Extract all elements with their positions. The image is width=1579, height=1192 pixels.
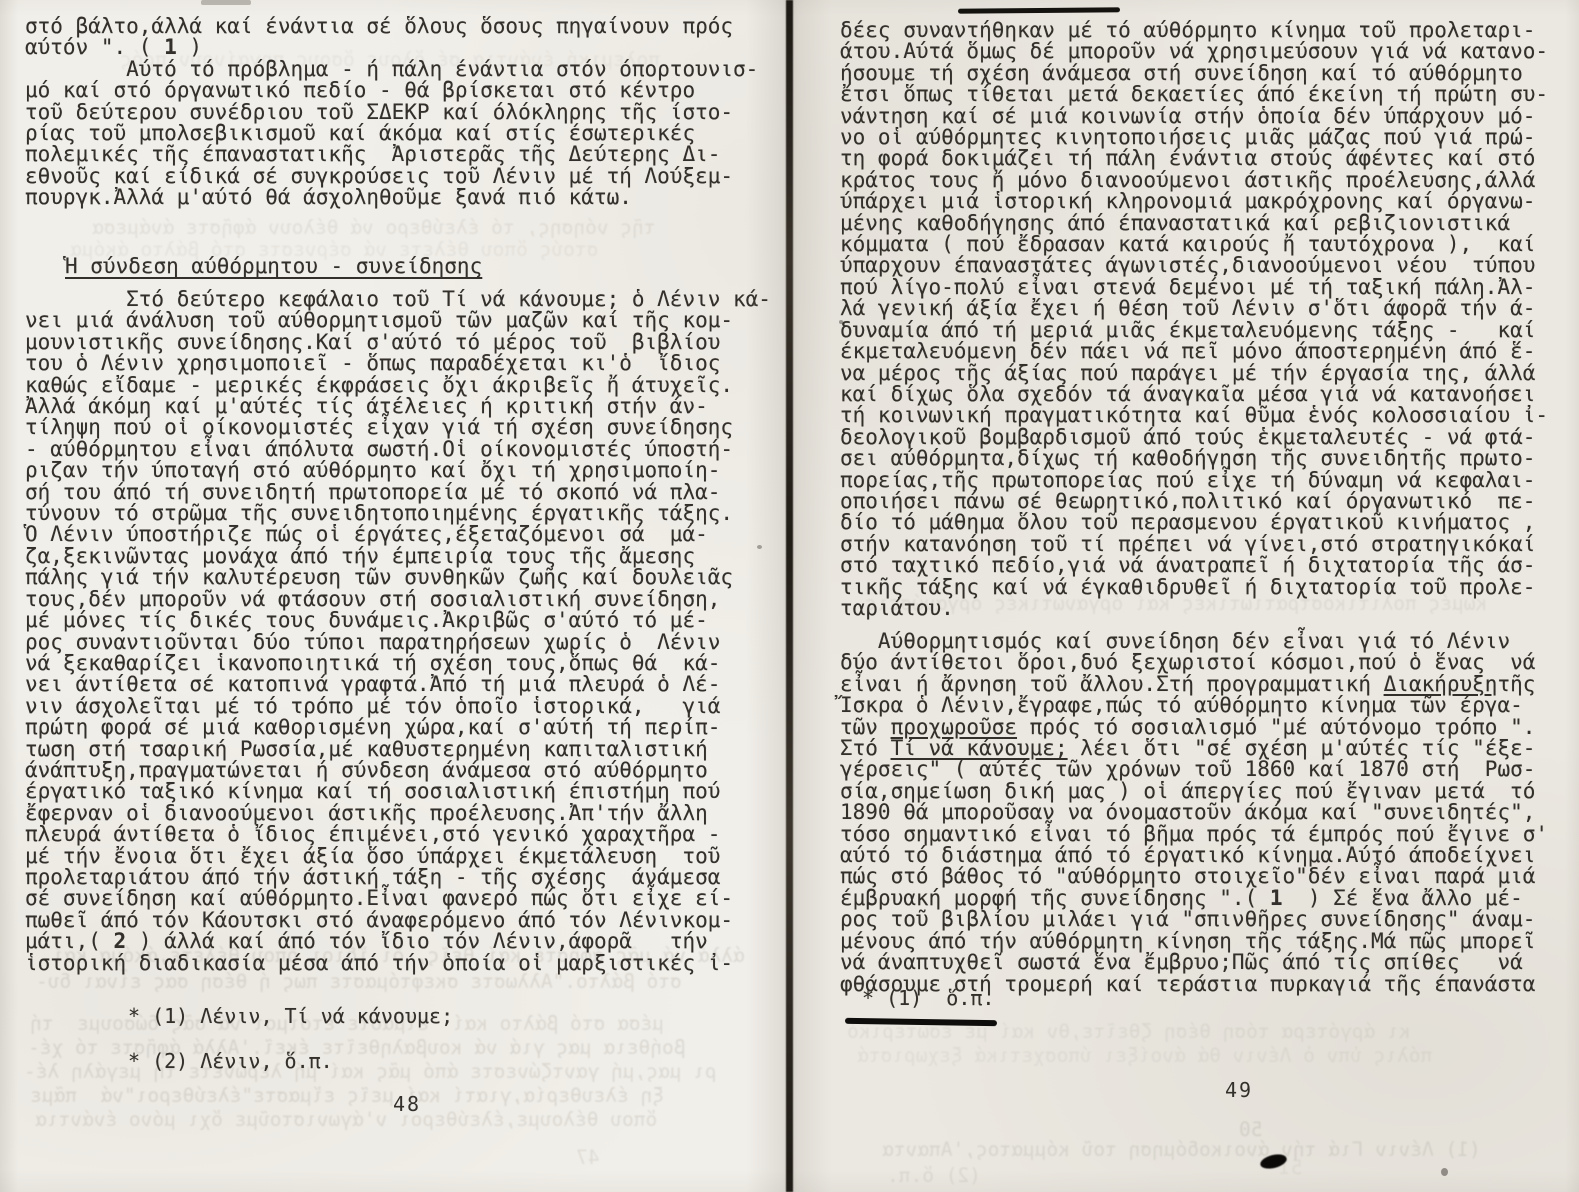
text-line: γέρσεις" ( αύτές τῶν χρόνων τοῦ 1860 καί… <box>840 759 1548 780</box>
bleedthrough-line: στό βάλτο."Αλλωστε σκεφτόμαστε πως ή θέσ… <box>36 972 682 992</box>
left-page-number: 48 <box>393 1092 421 1116</box>
text-line: Στό δεύτερο κεφάλαιο τοῦ Τί νά κάνουμε; … <box>25 289 771 310</box>
text-line: ρίας τοῦ μπολσεβικισμοῦ καί άκόμα καί στ… <box>25 123 758 144</box>
text-line: τῶν προχωροῦσε πρός τό σοσιαλισμό "μέ αύ… <box>840 717 1548 738</box>
text-line: λά γενική άξία ἔχει ή θέση τοῦ Λένιν σ'ὅ… <box>840 298 1548 319</box>
text-line: άτου.Αύτά ὅμως δέ μποροῦν νά χρησιμεύσου… <box>840 41 1548 62</box>
bleedthrough-line: 47 <box>576 1148 599 1168</box>
bleedthrough-line: πόλις ὑπν ὁ Λένιν θά άνοίξει ύποσχετικά … <box>857 1046 1432 1066</box>
right-page-number: 49 <box>1225 1078 1253 1102</box>
text-line: άνάπτυξη,πραγματώνεται ή σύνδεση άνάμεσα… <box>25 760 771 781</box>
text-line: να μέρος τῆς άξίας πού παράγει μέ τήν έρ… <box>840 363 1548 384</box>
text-line: έργατικό ταξικό κίνημα καί τή σοσιαλιστι… <box>25 781 771 802</box>
bleedthrough-line: 50 <box>1239 1120 1262 1140</box>
right-page: κωμές πολιτικοστρατιωτικές καί όργανωτικ… <box>787 0 1579 1192</box>
text-line: ρος συναντιοῦνται δύο τύποι παρατηρήσεων… <box>25 632 771 653</box>
text-line: έκμεταλευόμενη δέν πάει νά πεῖ μόνο άποσ… <box>840 341 1548 362</box>
text-line: ἔφερναν οἱ διανοούμενοι άστικῆς προέλευσ… <box>25 803 771 824</box>
text-line: νιν άσχολεῖται μέ τό τρόπο μέ τόν ὁποῖο … <box>25 696 771 717</box>
bleedthrough-line: ξη έλευθερία,γιατί καί μεῖς εἴμαστε"έλεύ… <box>30 1086 664 1106</box>
text-line: σει αύθόρμητα,δίχως τή καθοδήγηση τῆς συ… <box>840 448 1548 469</box>
text-line: πού λίγο-πολύ εἶναι στενά δεμένοι μέ τή … <box>840 277 1548 298</box>
text-line: τη φορά δοκιμάζει τή πάλη ένάντια στούς … <box>840 148 1548 169</box>
text-line: πάλης γιά τήν καλυτέρευση τῶν συνθηκῶν ζ… <box>25 567 771 588</box>
text-line: εἶναι ή ἄρνηση τοῦ ἄλλου.Στή προγραμματι… <box>840 674 1548 695</box>
text-line: του ὁ Λένιν χρησιμοποιεῖ - ὅπως παραδέχε… <box>25 353 771 374</box>
right-footnote-1: * (1) ὅ.π. <box>862 986 994 1010</box>
text-line: δυναμία άπό τή μεριά μιᾶς έκμεταλευόμενη… <box>840 320 1548 341</box>
text-line: στό ταχτικό πεδίο,γιά νά άνατραπεῖ ή διχ… <box>840 555 1548 576</box>
text-line: ἱστορική διαδικασία μέσα άπό τήν ὁποία ο… <box>25 953 771 974</box>
text-line: δεολογικοῦ βομβαρδισμοῦ άπό τούς ἑκμεταλ… <box>840 427 1548 448</box>
text-line: Ἴσκρα ὁ Λένιν,ἔγραφε,πώς τό αύθόρμητο κί… <box>840 695 1548 716</box>
text-line: μένους άπό τήν αύθόρμητη κίνηση τῆς τάξη… <box>840 931 1548 952</box>
text-line: σέ συνείδηση καί αύθόρμητο.Εἶναι φανερό … <box>25 888 771 909</box>
text-line: μό καί στό όργανωτικό πεδίο - θά βρίσκετ… <box>25 80 758 101</box>
left-page: πολεμική ένάντια σέ ὅλους ὅσους πηγαίνου… <box>0 0 787 1192</box>
bleedthrough-line: βοήθεια μας γιά νά κουβαληθεῖτε έκεῖ.'Αλ… <box>28 1038 685 1058</box>
text-line: σή του άπό τή συνειδητή πρωτοπορεία μέ τ… <box>25 482 771 503</box>
text-line: εθνοῦς καί είδικά σέ συγκρούσεις τοῦ Λέν… <box>25 166 758 187</box>
text-line: ήσουμε τή σχέση άνάμεσα στή συνείδηση κα… <box>840 63 1548 84</box>
text-line: τόσο σημαντικό εἶναι τό βῆμα πρός τά έμπ… <box>840 824 1548 845</box>
bleedthrough-line: (1) Λένιν Γιά τήν άνοικοδόμηση τοῦ κόμμα… <box>882 1140 1481 1160</box>
bleedthrough-line: τῆς νόησης, τό έλεύθερο νά θέλουν άφῆστε… <box>92 218 656 238</box>
text-line: Ὁ Λένιν ύποστήριζε πώς οἱ έργάτες,έξεταζ… <box>25 524 771 545</box>
ink-speck <box>839 320 843 324</box>
text-line: τή κοινωνική πραγματικότητα καί θῦμα ἑνό… <box>840 405 1548 426</box>
bleedthrough-line: ὅπου θέλουμε,έλεύθεροι ν'άγωνιστοῦμε ὄχι… <box>35 1110 657 1130</box>
text-line: ύπαρχουν έπαναστάτες άγωνιστές,διανοούμε… <box>840 255 1548 276</box>
scan-edge-mark <box>201 0 251 5</box>
ink-speck <box>757 545 762 549</box>
text-line: ρος τοῦ βιβλίου μιλάει γιά "σπινθῆρες συ… <box>840 909 1548 930</box>
text-line: Αύτό τό πρόβλημα - ή πάλη ένάντια στόν ό… <box>25 59 758 80</box>
left-paragraph-2: Στό δεύτερο κεφάλαιο τοῦ Τί νά κάνουμε; … <box>25 289 771 974</box>
text-line: νει μιά άνάλυση τοῦ αύθορμητισμοῦ τῶν μα… <box>25 310 771 331</box>
text-line: δύο άντίθετοι ὅροι,δυό ξεχωριστοί κόσμοι… <box>840 652 1548 673</box>
text-line: δέες συναντήθηκαν μέ τό αύθόρμητο κίνημα… <box>840 20 1548 41</box>
right-paragraph-1: δέες συναντήθηκαν μέ τό αύθόρμητο κίνημα… <box>840 20 1548 619</box>
text-line: τους,δέν μποροῦν νά φτάσουν στή σοσιαλισ… <box>25 589 771 610</box>
text-line: Αύθορμητισμός καί συνείδηση δέν εἶναι γι… <box>840 631 1548 652</box>
right-paragraph-2: Αύθορμητισμός καί συνείδηση δέν εἶναι γι… <box>840 631 1548 995</box>
text-line: νο οἱ αύθόρμητες κινητοποιήσεις μιᾶς μάζ… <box>840 127 1548 148</box>
text-line: μάτι,( 2 ) άλλά καί άπό τόν ἴδιο τόν Λέν… <box>25 931 771 952</box>
bleedthrough-line: (2) ὅ.π. <box>887 1166 981 1186</box>
book-scan: πολεμική ένάντια σέ ὅλους ὅσους πηγαίνου… <box>0 0 1579 1192</box>
text-line: τοῦ δεύτερου συνέδριου τοῦ ΣΔΕΚΡ καί όλό… <box>25 102 758 123</box>
text-line: τικῆς τάξης καί νά έγκαθιδρυθεῖ ή διχτατ… <box>840 577 1548 598</box>
text-line: οποιήσει πάνω σέ θεωρητικό,πολιτικό καί … <box>840 491 1548 512</box>
text-line: νάντηση καί σέ μιά κοινωνία στήν ὁποία δ… <box>840 106 1548 127</box>
left-footnote-1: * (1) Λένιν, Τί νά κάνουμε; <box>128 1004 453 1028</box>
text-line: πώς στό βάθος τό "αύθόρμητο στοιχεῖο"δέν… <box>840 866 1548 887</box>
text-line: νει άντίθετα σέ κατοπινά γραφτά.Ἀπό τή μ… <box>25 674 771 695</box>
left-paragraph-1: στό βάλτο,άλλά καί ένάντια σέ ὅλους ὅσου… <box>25 16 758 209</box>
section-heading: Ἡ σύνδεση αύθόρμητου - συνείδησης <box>65 254 482 278</box>
text-line: ριζαν τήν ύποταγή στό αύθόρμητο καί ὄχι … <box>25 460 771 481</box>
text-line: αύτόν ". ( 1 ) <box>25 37 758 58</box>
ink-speck <box>1441 1168 1448 1176</box>
text-line: καί δίχως ὅλα σχεδόν τά άναγκαῖα μέσα γι… <box>840 384 1548 405</box>
text-line: πωθεῖ άπό τόν Κάουτσκι στό άναφερόμενο ά… <box>25 910 771 931</box>
text-line: δίο τό μάθημα ὅλου τοῦ περασμενου έργατι… <box>840 512 1548 533</box>
text-line: στό βάλτο,άλλά καί ένάντια σέ ὅλους ὅσου… <box>25 16 758 37</box>
text-line: μένης καθοδήγησης άπό έπαναστατικά καί ρ… <box>840 213 1548 234</box>
text-line: έμβρυακή μορφή τῆς συνείδησης ".( 1 ) Σέ… <box>840 888 1548 909</box>
binding-gutter <box>786 0 793 1192</box>
text-line: καθώς εἴδαμε - μερικές έκφράσεις ὄχι άκρ… <box>25 375 771 396</box>
text-line: κόμματα ( πού ἔδρασαν κατά καιρούς ἤ ταυ… <box>840 234 1548 255</box>
text-line: στήν κατανόηση τοῦ τί πρέπει νά γίνει,στ… <box>840 534 1548 555</box>
text-line: μουνιστικῆς συνείδησης.Καί σ'αύτό τό μέρ… <box>25 332 771 353</box>
text-line: ύπάρχει μιά ἱστορική κληρονομιά μακρόχρο… <box>840 191 1548 212</box>
text-line: νά άναπτυχθεῖ σωστά ἕνα ἔμβρυο;Πῶς άπό τ… <box>840 952 1548 973</box>
text-line: πρώτη φορά σέ μιά καθορισμένη χώρα,καί σ… <box>25 717 771 738</box>
text-line: πουργκ.Ἀλλά μ'αύτό θά άσχοληθοῦμε ξανά π… <box>25 187 758 208</box>
text-line: τίληψη πού οἱ οίκονομιστές εἶχαν γιά τή … <box>25 417 771 438</box>
text-line: 1890 θά μποροῦσαν να όνομαστοῦν άκόμα κα… <box>840 802 1548 823</box>
text-line: ζα,ξεκινῶντας μονάχα άπό τήν έμπειρία το… <box>25 546 771 567</box>
text-line: σία,σημείωση δική μας ) οἱ άπεργίες πού … <box>840 781 1548 802</box>
text-line: ἔτσι ὅπως τίθεται μετά δεκαετίες άπό έκε… <box>840 84 1548 105</box>
text-line: κράτος τους ἤ μόνο διανοούμενοι άστικῆς … <box>840 170 1548 191</box>
ink-speck <box>752 302 756 306</box>
text-line: τύνουν τό στρῶμα τῆς συνειδητοποιημένης … <box>25 503 771 524</box>
text-line: τωση στή τσαρική Ρωσσία,μέ καθυστερημένη… <box>25 739 771 760</box>
text-line: - αύθόρμητου εἶναι άπόλυτα σωστή.Οἱ οίκο… <box>25 439 771 460</box>
left-footnote-2: * (2) Λένιν, ὅ.π. <box>128 1049 333 1073</box>
text-line: Στό Τί νά κάνουμε; λέει ὅτι "σέ σχέση μ'… <box>840 738 1548 759</box>
text-line: νά ξεκαθαρίζει ἱκανοποιητικά τή σχέση το… <box>25 653 771 674</box>
text-line: μέ τήν ἔνοια ὅτι ἔχει άξία ὅσο ύπάρχει έ… <box>25 846 771 867</box>
text-line: μέ μόνες τίς δικές τους δυνάμεις.Ἀκριβῶς… <box>25 610 771 631</box>
text-line: πλευρά άντίθετα ὁ ἴδιος έπιμένει,στό γεν… <box>25 824 771 845</box>
text-line: ταριάτου. <box>840 598 1548 619</box>
text-line: πολεμικές τῆς έπαναστατικῆς Ἀριστερᾶς τῆ… <box>25 144 758 165</box>
text-line: πορείας,τῆς πρωτοπορείας πού εἶχε τή δύν… <box>840 470 1548 491</box>
